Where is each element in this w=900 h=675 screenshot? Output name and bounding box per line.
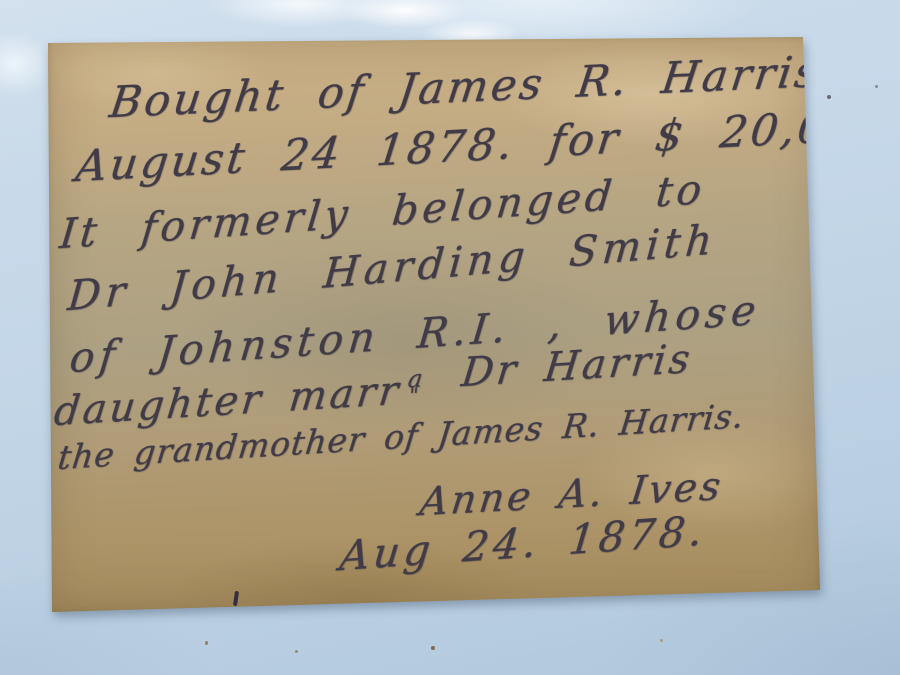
ditto-mark: ": [408, 387, 422, 402]
note-date-aug-24-1878: Aug 24. 1878.: [338, 509, 709, 578]
note-paper-shadow: Bought of James R. Harris August 24 1878…: [48, 37, 820, 612]
dust-speck: [205, 641, 208, 645]
dust-speck: [431, 646, 435, 650]
superscript-abbreviation: a": [406, 370, 427, 402]
dust-speck: [827, 95, 831, 99]
photo-background: Bought of James R. Harris August 24 1878…: [0, 0, 900, 675]
dust-speck: [875, 85, 878, 88]
stray-ink-mark: [233, 591, 239, 606]
handwritten-note-paper: Bought of James R. Harris August 24 1878…: [48, 37, 820, 612]
dust-speck: [660, 639, 663, 642]
dust-speck: [295, 650, 298, 653]
